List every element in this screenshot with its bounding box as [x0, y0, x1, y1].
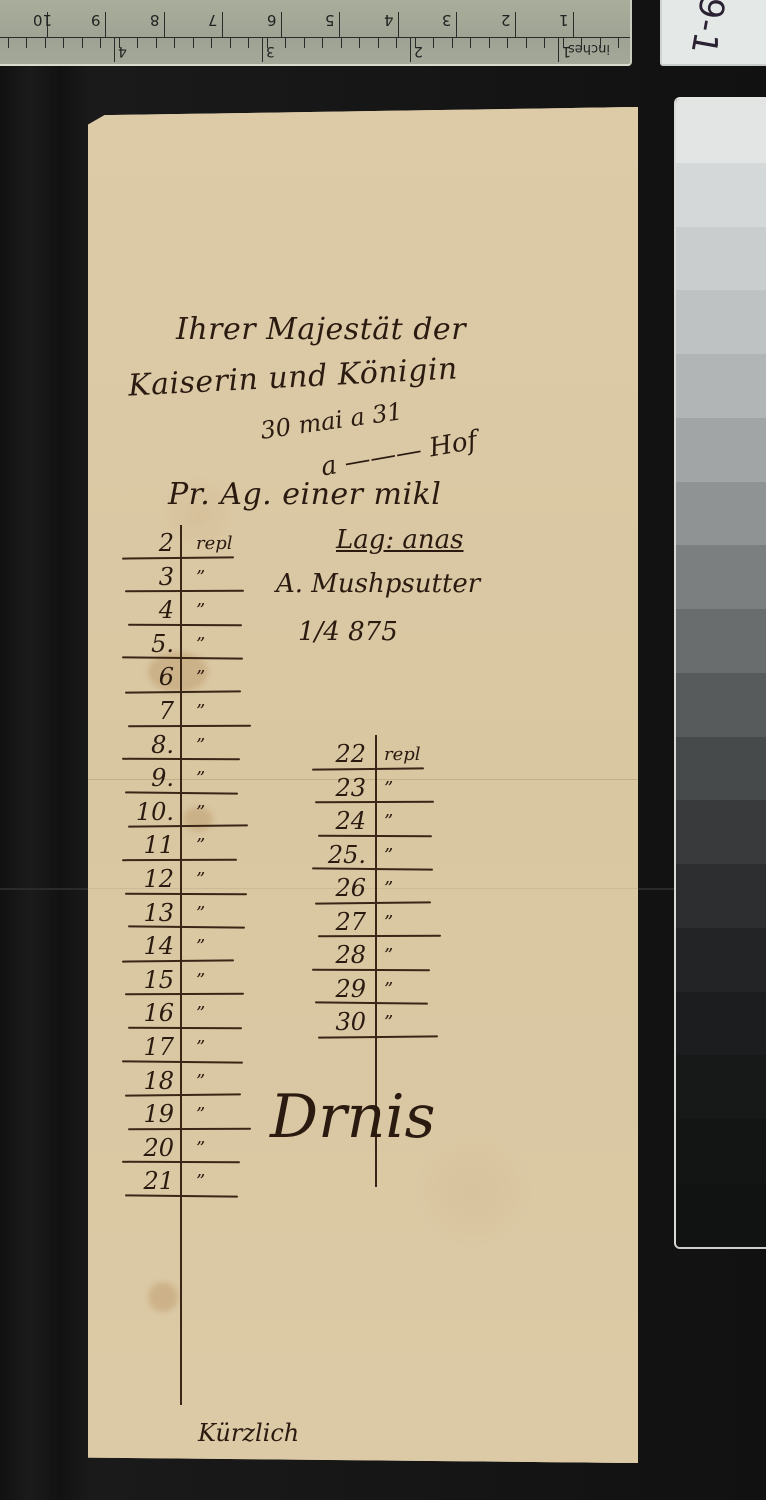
ruler-minor-tick	[26, 38, 27, 48]
table-row-unit: ”	[384, 979, 393, 1000]
ruler-minor-tick	[341, 38, 342, 48]
table-row-unit: repl	[384, 744, 421, 765]
gray-patch	[676, 163, 766, 227]
ruler-inch-tick	[114, 38, 115, 62]
table-rule	[128, 1027, 242, 1029]
ruler-major-tick	[339, 12, 340, 38]
table-row-unit: ”	[196, 903, 205, 924]
ruler-major-tick	[456, 12, 457, 38]
table-row-number: 19	[122, 1100, 174, 1128]
table-row-number: 5.	[122, 630, 174, 658]
ruler-divider	[0, 37, 630, 38]
table-row-unit: ”	[196, 936, 205, 957]
intro-line-1: Pr. Ag. einer mikl	[168, 477, 441, 512]
table-row-unit: ”	[384, 878, 393, 899]
table-rule	[128, 724, 251, 726]
table-rule	[315, 801, 434, 803]
table-row-unit: ”	[196, 600, 205, 621]
ruler-minor-tick	[304, 38, 305, 48]
table-rule	[312, 867, 433, 870]
table-row-number: 24	[314, 807, 366, 835]
ruler-minor-tick	[45, 38, 46, 48]
ruler-minor-tick	[581, 38, 582, 48]
table-rule	[312, 968, 430, 970]
ruler-minor-tick	[285, 38, 286, 48]
ruler-minor-tick	[230, 38, 231, 48]
table-rule	[128, 624, 242, 626]
gray-patch	[676, 482, 766, 546]
gray-patch	[676, 418, 766, 482]
ruler-minor-tick	[359, 38, 360, 48]
ruler-minor-tick	[433, 38, 434, 48]
ruler-minor-tick	[82, 38, 83, 48]
gray-patch	[676, 227, 766, 291]
table-row-unit: ”	[384, 1012, 393, 1033]
ruler-inch-label: 3	[266, 44, 275, 58]
ruler-minor-tick	[396, 38, 397, 48]
table-row-number: 6	[122, 663, 174, 691]
ruler-inch-tick	[410, 38, 411, 62]
ruler-cm-label: 6	[267, 12, 277, 27]
ruler-minor-tick	[378, 38, 379, 48]
table-row-number: 25.	[314, 841, 366, 869]
ruler-inch-label: 2	[414, 44, 423, 58]
ruler-minor-tick	[470, 38, 471, 48]
grayscale-calibration-card	[674, 97, 766, 1249]
table-row-number: 2	[122, 529, 174, 557]
table-row-unit: ”	[196, 735, 205, 756]
table-row-number: 14	[122, 932, 174, 960]
table-row-number: 13	[122, 899, 174, 927]
table-rule	[125, 892, 247, 894]
heading-line-1: Ihrer Majestät der	[176, 312, 466, 347]
gray-patch	[676, 673, 766, 737]
gray-patch	[676, 928, 766, 992]
ruler-inch-label: 4	[118, 44, 127, 58]
ruler-minor-tick	[211, 38, 212, 48]
table-rule	[125, 993, 244, 995]
table-row-unit: ”	[196, 1037, 205, 1058]
ruler-major-tick	[573, 12, 574, 38]
document-sheet: Ihrer Majestät der Kaiserin und Königin …	[88, 107, 638, 1463]
table-row-unit: ”	[196, 1104, 205, 1125]
paper-stain	[148, 1282, 178, 1312]
ruler-cm-label: 8	[150, 12, 160, 27]
ruler-minor-tick	[63, 38, 64, 48]
signature: Drnis	[270, 1082, 435, 1152]
gray-patch	[676, 99, 766, 163]
table-row-number: 4	[122, 596, 174, 624]
ruler-minor-tick	[507, 38, 508, 48]
table-row-number: 27	[314, 908, 366, 936]
table-rule	[122, 959, 234, 962]
table-row-number: 8.	[122, 731, 174, 759]
intro-line-2: Lag: anas	[336, 525, 464, 555]
table-row-unit: ”	[196, 667, 205, 688]
gray-patch	[676, 1183, 766, 1247]
footer-note: Kürzlich	[198, 1419, 299, 1447]
gray-patch	[676, 1119, 766, 1183]
table-row-unit: ”	[384, 811, 393, 832]
ruler-minor-tick	[618, 38, 619, 48]
table-row-unit: ”	[196, 634, 205, 655]
table-rule	[122, 1060, 243, 1063]
ruler-minor-tick	[489, 38, 490, 48]
table-row-number: 9.	[122, 764, 174, 792]
table-rule	[125, 690, 241, 693]
catalog-tag: 9-1	[660, 0, 766, 66]
ruler-minor-tick	[174, 38, 175, 48]
ruler-inch-tick	[558, 38, 559, 62]
ruler-minor-tick	[248, 38, 249, 48]
ruler-major-tick	[281, 12, 282, 38]
ruler-minor-tick	[193, 38, 194, 48]
ruler-cm-label: 1	[559, 12, 569, 27]
table-row-unit: ”	[196, 1138, 205, 1159]
ruler-cm-label: 2	[501, 12, 511, 27]
table-row-unit: ”	[196, 768, 205, 789]
measuring-ruler: inches 123456789101234	[0, 0, 632, 66]
table-rule	[128, 926, 245, 929]
table-rule	[125, 791, 238, 794]
table-rule	[318, 935, 441, 937]
table-row-unit: repl	[196, 533, 233, 554]
table-row-number: 23	[314, 774, 366, 802]
ruler-cm-label: 10	[33, 12, 52, 27]
table-row-unit: ”	[196, 835, 205, 856]
table-rule	[315, 1001, 428, 1004]
intro-line-4: 1/4 875	[298, 617, 398, 647]
gray-patch	[676, 1055, 766, 1119]
table-row-unit: ”	[196, 970, 205, 991]
table-row-number: 30	[314, 1008, 366, 1036]
table-row-number: 29	[314, 975, 366, 1003]
table-row-number: 26	[314, 874, 366, 902]
table-row-unit: ”	[196, 1171, 205, 1192]
ruler-minor-tick	[526, 38, 527, 48]
heading-line-2: Kaiserin und Königin	[127, 351, 458, 403]
ruler-cm-label: 7	[208, 12, 218, 27]
table-row-number: 17	[122, 1033, 174, 1061]
table-row-unit: ”	[384, 778, 393, 799]
ruler-cm-label: 3	[442, 12, 452, 27]
table-row-number: 22	[314, 740, 366, 768]
ruler-major-tick	[164, 12, 165, 38]
ruler-major-tick	[222, 12, 223, 38]
gray-patch	[676, 800, 766, 864]
gray-patch	[676, 609, 766, 673]
ruler-inch-tick	[262, 38, 263, 62]
table-rule	[125, 1094, 241, 1097]
ruler-unit-label: inches	[568, 41, 610, 56]
gray-patch	[676, 354, 766, 418]
table-row-unit: ”	[196, 1003, 205, 1024]
table-row-number: 18	[122, 1067, 174, 1095]
gray-patch	[676, 992, 766, 1056]
ruler-cm-label: 5	[325, 12, 335, 27]
table-row-unit: ”	[196, 869, 205, 890]
ruler-minor-tick	[322, 38, 323, 48]
table-row-number: 28	[314, 941, 366, 969]
ruler-minor-tick	[100, 38, 101, 48]
table-row-number: 12	[122, 865, 174, 893]
table-row-unit: ”	[384, 912, 393, 933]
ruler-major-tick	[398, 12, 399, 38]
ruler-major-tick	[515, 12, 516, 38]
table-row-number: 20	[122, 1134, 174, 1162]
ruler-cm-label: 9	[91, 12, 101, 27]
table-row-unit: ”	[196, 701, 205, 722]
table-rule	[125, 590, 244, 592]
ruler-minor-tick	[452, 38, 453, 48]
table-rule	[122, 859, 237, 861]
ruler-minor-tick	[156, 38, 157, 48]
table-row-unit: ”	[384, 945, 393, 966]
ruler-cm-label: 4	[384, 12, 394, 27]
heading-date: 30 mai a 31	[259, 397, 405, 445]
gray-patch	[676, 545, 766, 609]
table-row-unit: ”	[384, 845, 393, 866]
catalog-tag-text: 9-1	[682, 0, 732, 58]
gray-patch	[676, 290, 766, 354]
heading-hof: a ——— Hof	[319, 426, 480, 483]
table-row-unit: ”	[196, 802, 205, 823]
table-row-unit: ”	[196, 567, 205, 588]
gray-patch	[676, 737, 766, 801]
table-row-unit: ”	[196, 1071, 205, 1092]
gray-patch	[676, 864, 766, 928]
table-row-number: 11	[122, 831, 174, 859]
table-row-number: 21	[122, 1167, 174, 1195]
ruler-minor-tick	[8, 38, 9, 48]
ruler-minor-tick	[137, 38, 138, 48]
ruler-inch-label: 1	[562, 44, 571, 58]
table-row-number: 10.	[122, 798, 174, 826]
table-rule	[122, 556, 234, 559]
table-row-number: 3	[122, 563, 174, 591]
table-row-number: 15	[122, 966, 174, 994]
ruler-minor-tick	[600, 38, 601, 48]
table-rule	[318, 834, 432, 836]
ruler-minor-tick	[544, 38, 545, 48]
ruler-major-tick	[105, 12, 106, 38]
table-row-number: 16	[122, 999, 174, 1027]
table-row-number: 7	[122, 697, 174, 725]
intro-line-3: A. Mushpsutter	[276, 569, 480, 599]
table-rule	[128, 1128, 251, 1130]
